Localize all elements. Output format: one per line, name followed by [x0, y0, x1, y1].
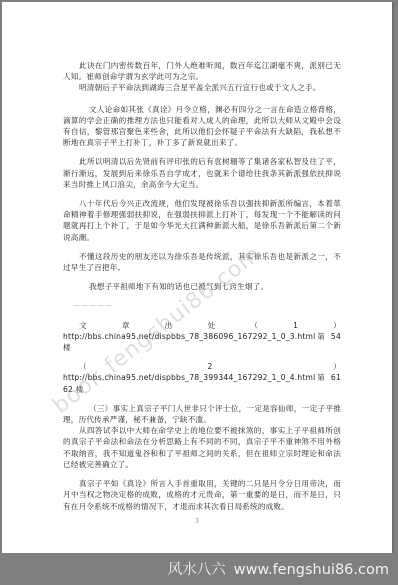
paragraph: 此诀在门内密传数百年，门外人绝难听闻，数百年迄江湖毫不爽，派别已无人知。崔师创命… [63, 60, 341, 82]
paragraph: （三）事实上真宗子平门人世非只个评士位，一定是容仙师，一定子平推理，历代传承严谨… [63, 403, 341, 425]
reference-prefix: 文章出处（1） [79, 321, 341, 330]
paragraph: 文人论命如其张《真诠》月令立格，渊必有四分之一言在命造立格背格，滴算的学会正确的… [63, 104, 341, 149]
site-name: 风水八六 [168, 562, 226, 578]
paragraph: 不懂这段历史的朋友还以为徐乐吾是传统派，其实徐乐吾也是新派之一，不过早生了百把年… [63, 251, 341, 273]
paragraph: 从四答试李以中大师在命学史上的地位要不被抹煞的，事实上子平祖师所创的真宗子平命法… [63, 425, 341, 470]
footer-banner: 风水八六www.fengshui86.com [0, 556, 398, 585]
paragraph: 八十年代后今兴正改流规，他们发现被徐乐吾以强扶抑新派所编言，本着革命精神着手修理… [63, 198, 341, 243]
paragraph: 明清朝后子平命法到湖海三合星平盖全派兴五行宜行也或于文人之手。 [63, 82, 341, 93]
document-page: 此诀在门内密传数百年，门外人绝难听闻，数百年迄江湖毫不爽，派别已无人知。崔师创命… [2, 2, 394, 553]
paragraph: 此所以明清以后先贤前有评印张的后有袁树珊等了集诸各家私智及往了平，渐行渐远，发展… [63, 156, 341, 190]
footer-brand[interactable]: 风水八六www.fengshui86.com [168, 558, 389, 579]
reference-link[interactable]: http://bbs.china95.net/dispbbs_78_386096… [63, 332, 315, 341]
page-number: 3 [2, 518, 392, 525]
site-url[interactable]: www.fengshui86.com [234, 562, 389, 578]
reference-1: 文章出处（1）http://bbs.china95.net/dispbbs_78… [63, 320, 341, 354]
paragraph: 真宗子平如《真诠》所言入手首重取用，关键的二只是月令分日用帝决，而月中当权之物决… [63, 478, 341, 512]
